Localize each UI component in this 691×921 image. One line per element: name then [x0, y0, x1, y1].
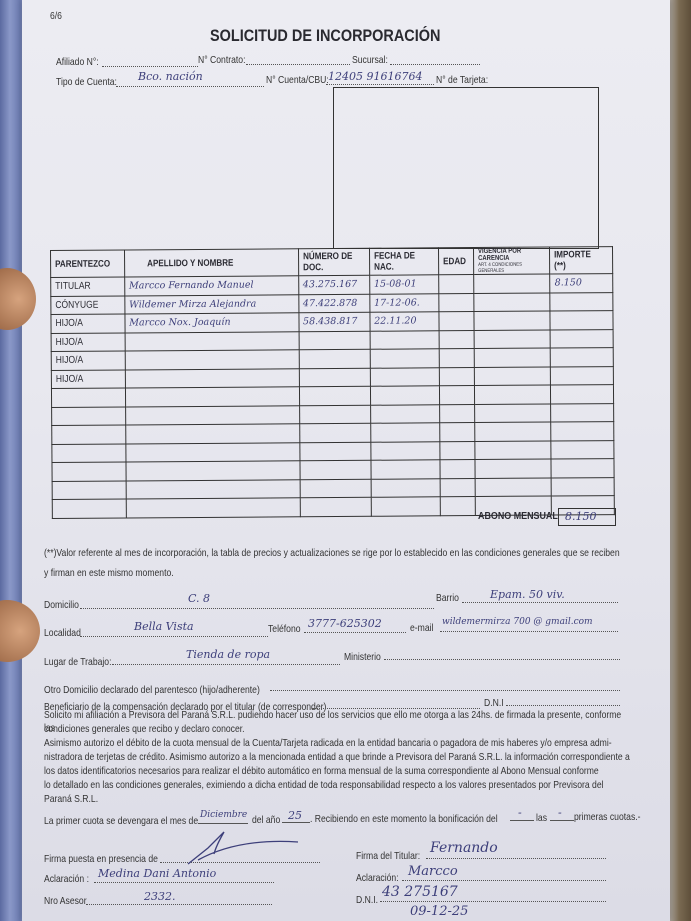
contrato-label: N° Contrato: — [198, 54, 245, 66]
cell-value: 15-08-01 — [374, 279, 417, 290]
dni-titular-value: 43 275167 — [382, 884, 458, 900]
aclaracion-left-field[interactable] — [94, 882, 274, 883]
page-title: SOLICITUD DE INCORPORACIÓN — [210, 26, 440, 46]
cell-edad[interactable] — [439, 349, 475, 368]
otro-domicilio-label: Otro Domicilio declarado del parentesco … — [44, 684, 260, 696]
cuota-suffix: primeras cuotas.- — [574, 811, 641, 823]
legal-p3: Asimismo autorizo el débito de la cuota … — [44, 737, 634, 750]
domicilio-label: Domicilio — [44, 599, 79, 611]
cell-doc[interactable]: 58.438.817 — [298, 312, 369, 331]
aclaracion-left-label: Aclaración : — [44, 873, 89, 885]
col-parentezco: PARENTEZCO — [51, 250, 125, 278]
ministerio-field[interactable] — [384, 659, 620, 660]
cell-importe[interactable]: 8.150 — [550, 274, 613, 293]
footnote: (**)Valor referente al mes de incorporac… — [44, 547, 634, 560]
telefono-value: 3777-625302 — [308, 617, 382, 630]
cell-parentezco[interactable] — [51, 388, 125, 407]
cell-parentezco[interactable]: HIJO/A — [51, 369, 125, 388]
cell-vigencia[interactable] — [476, 478, 552, 497]
cell-vigencia[interactable] — [474, 311, 550, 330]
cell-vigencia[interactable] — [475, 404, 551, 423]
cell-value: 47.422.878 — [303, 298, 357, 309]
cuota-anio-value: 25 — [288, 809, 302, 822]
cuenta-cbu-field[interactable] — [326, 84, 434, 85]
witness-signature — [178, 828, 318, 868]
cell-nombre[interactable]: Marcco Nox. Joaquín — [125, 313, 299, 333]
cell-importe[interactable] — [550, 311, 613, 330]
email-label: e-mail — [410, 622, 433, 634]
cell-fecha[interactable]: 15-08-01 — [369, 275, 438, 294]
cell-parentezco[interactable] — [52, 462, 126, 481]
cell-edad[interactable] — [439, 367, 475, 386]
asesor-field[interactable] — [86, 904, 272, 905]
cell-fecha[interactable]: 17-12-06. — [370, 293, 439, 312]
col-importe: IMPORTE (**) — [550, 247, 613, 274]
cell-doc[interactable] — [299, 331, 370, 350]
cell-parentezco[interactable] — [52, 406, 126, 425]
asesor-label: Nro Asesor — [44, 895, 87, 907]
cell-vigencia[interactable] — [475, 385, 551, 404]
legal-p7: Paraná S.R.L. — [44, 793, 634, 806]
cell-nombre[interactable] — [126, 498, 300, 518]
cuota-anio-field[interactable] — [282, 822, 310, 823]
cell-nombre[interactable] — [125, 424, 299, 444]
sucursal-label: Sucursal: — [352, 54, 388, 66]
cell-fecha[interactable] — [370, 330, 439, 349]
cell-parentezco[interactable]: TITULAR — [51, 277, 125, 296]
cell-edad[interactable] — [439, 441, 475, 460]
domicilio-value: C. 8 — [188, 592, 210, 605]
cell-edad[interactable] — [440, 497, 476, 516]
email-field[interactable] — [440, 631, 618, 632]
relationship-label: HIJO/A — [55, 318, 82, 329]
localidad-value: Bella Vista — [134, 620, 194, 633]
cell-edad[interactable] — [438, 275, 474, 294]
cell-value: Wildemer Mirza Alejandra — [129, 298, 256, 310]
relationship-label: HIJO/A — [56, 355, 83, 366]
titular-signature-field[interactable] — [426, 858, 606, 859]
cell-importe[interactable] — [551, 348, 614, 367]
cell-edad[interactable] — [439, 423, 475, 442]
cell-doc[interactable] — [299, 460, 370, 479]
legal-p4: nistradora de terjetas de crédito. Asimi… — [44, 751, 634, 764]
cuota-mes-field[interactable] — [198, 823, 248, 824]
cell-fecha[interactable] — [370, 423, 439, 442]
relationship-label: HIJO/A — [56, 374, 83, 385]
cell-importe[interactable] — [551, 440, 614, 459]
cell-importe[interactable] — [550, 329, 613, 348]
footnote-line2: y firman en este mismo momento. — [44, 567, 634, 580]
asesor-value: 2332. — [144, 890, 176, 903]
cell-doc[interactable]: 47.422.878 — [298, 294, 369, 313]
cell-value: 8.150 — [555, 278, 582, 289]
cell-nombre[interactable] — [126, 461, 300, 481]
tipo-cuenta-field[interactable] — [116, 86, 264, 87]
cell-vigencia[interactable] — [475, 441, 551, 460]
cell-fecha[interactable] — [370, 349, 439, 368]
cuota-bonif-value: - — [518, 806, 522, 819]
barrio-value: Epam. 50 viv. — [490, 588, 565, 601]
barrio-field[interactable] — [462, 602, 618, 603]
cuota-las-value: - — [558, 806, 562, 819]
cuota-mes-value: Diciembre — [200, 810, 247, 820]
dni-titular-label: D.N.I. — [356, 894, 378, 906]
trabajo-field[interactable] — [112, 664, 340, 665]
cell-doc[interactable] — [299, 386, 370, 405]
cell-importe[interactable] — [551, 366, 614, 385]
cell-nombre[interactable] — [126, 442, 300, 462]
cell-importe[interactable] — [551, 385, 614, 404]
cuota-bonif-field[interactable] — [510, 820, 534, 821]
cell-vigencia[interactable] — [475, 459, 551, 478]
cell-parentezco[interactable]: CÓNYUGE — [51, 295, 125, 314]
cell-parentezco[interactable]: HIJO/A — [51, 314, 125, 333]
cell-parentezco[interactable]: HIJO/A — [51, 351, 125, 370]
cell-nombre[interactable] — [125, 405, 299, 425]
abono-mensual-label: ABONO MENSUAL — [478, 510, 558, 522]
aclaracion-right-field[interactable] — [402, 880, 606, 881]
cuota-anio-label: del año — [252, 814, 280, 826]
dni-titular-field[interactable] — [380, 901, 606, 902]
cuenta-cbu-value: 12405 91616764 — [328, 70, 422, 83]
cell-edad[interactable] — [440, 478, 476, 497]
cell-vigencia[interactable] — [475, 367, 551, 386]
cell-nombre[interactable] — [126, 479, 300, 499]
localidad-label: Localidad — [44, 627, 81, 639]
legal-p6: lo detallado en las condiciones generale… — [44, 779, 634, 792]
cell-edad[interactable] — [438, 293, 474, 312]
dni-beneficiario-field[interactable] — [506, 705, 620, 706]
col-vigencia: VIGENCIA POR CARENCIAART. 4 CONDICIONES … — [474, 247, 550, 275]
fecha-value: 09-12-25 — [410, 904, 468, 919]
cell-doc[interactable] — [299, 349, 370, 368]
legal-p5: los datos identificatorios necesarios pa… — [44, 765, 634, 778]
localidad-field[interactable] — [80, 636, 268, 637]
cuota-las-field[interactable] — [550, 820, 574, 821]
cell-doc[interactable] — [299, 423, 370, 442]
aclaracion-left-value: Medina Dani Antonio — [98, 867, 216, 880]
cell-importe[interactable] — [551, 459, 614, 478]
cell-fecha[interactable] — [371, 497, 440, 516]
cell-fecha[interactable] — [371, 441, 440, 460]
cell-nombre[interactable] — [125, 387, 299, 407]
barrio-label: Barrio — [436, 592, 459, 604]
titular-label: Firma del Titular: — [356, 850, 420, 862]
cell-vigencia[interactable] — [475, 348, 551, 367]
domicilio-field[interactable] — [80, 608, 434, 609]
cell-nombre[interactable]: Wildemer Mirza Alejandra — [125, 294, 299, 314]
contrato-field[interactable] — [246, 64, 350, 65]
telefono-label: Teléfono — [268, 623, 301, 635]
cuota-prefix: La primer cuota se devengara el mes de — [44, 815, 198, 827]
presencia-label: Firma puesta en presencia de — [44, 853, 158, 865]
cell-doc[interactable] — [299, 405, 370, 424]
email-value: wildemermirza 700 @ gmail.com — [442, 617, 593, 627]
abono-mensual-value: 8.150 — [565, 510, 597, 523]
cuota-las-label: las — [536, 812, 547, 824]
cell-parentezco[interactable]: HIJO/A — [51, 332, 125, 351]
cell-edad[interactable] — [438, 312, 474, 331]
relationship-label: TITULAR — [55, 281, 90, 292]
legal-p2: condiciones generales que recibo y decla… — [44, 723, 634, 736]
cell-doc[interactable] — [299, 442, 370, 461]
cell-fecha[interactable] — [370, 386, 439, 405]
cuenta-cbu-label: N° Cuenta/CBU: — [266, 74, 329, 86]
ministerio-label: Ministerio — [344, 651, 381, 663]
cell-nombre[interactable]: Marcco Fernando Manuel — [124, 276, 298, 296]
trabajo-value: Tienda de ropa — [186, 648, 270, 661]
cell-doc[interactable]: 43.275.167 — [298, 275, 369, 294]
cell-importe[interactable] — [551, 422, 614, 441]
aclaracion-right-label: Aclaración: — [356, 872, 399, 884]
col-edad: EDAD — [438, 248, 474, 275]
col-fecha: FECHA DE NAC. — [369, 248, 438, 275]
cell-vigencia[interactable] — [474, 274, 550, 293]
cell-fecha[interactable] — [370, 404, 439, 423]
cell-nombre[interactable] — [125, 350, 299, 370]
cell-doc[interactable] — [300, 497, 371, 516]
cell-value: Marcco Fernando Manuel — [129, 280, 254, 292]
cell-value: Marcco Nox. Joaquín — [129, 317, 230, 329]
cell-vigencia[interactable] — [474, 293, 550, 312]
cell-importe[interactable] — [551, 403, 614, 422]
afiliado-field[interactable] — [102, 66, 198, 67]
tipo-cuenta-value: Bco. nación — [138, 70, 203, 83]
otro-domicilio-field[interactable] — [270, 690, 620, 691]
page-number: 6/6 — [50, 10, 62, 22]
telefono-field[interactable] — [304, 632, 406, 633]
cell-value: 17-12-06. — [374, 297, 420, 308]
trabajo-label: Lugar de Trabajo: — [44, 656, 111, 668]
tipo-cuenta-label: Tipo de Cuenta: — [56, 76, 117, 88]
cell-vigencia[interactable] — [475, 422, 551, 441]
cell-parentezco[interactable] — [52, 443, 126, 462]
col-doc: NÚMERO DE DOC. — [298, 248, 369, 275]
cell-parentezco[interactable] — [52, 480, 126, 499]
titular-signature: Fernando — [430, 840, 498, 856]
relationship-label: HIJO/A — [56, 337, 83, 348]
tarjeta-label: N° de Tarjeta: — [436, 74, 488, 86]
family-members-table: PARENTEZCO APELLIDO Y NOMBRE NÚMERO DE D… — [50, 246, 615, 518]
cell-importe[interactable] — [550, 292, 613, 311]
cell-value: 22.11.20 — [374, 316, 416, 327]
cell-fecha[interactable]: 22.11.20 — [370, 312, 439, 331]
cell-nombre[interactable] — [125, 331, 299, 351]
cell-value: 58.438.817 — [303, 316, 357, 327]
cell-doc[interactable] — [299, 368, 370, 387]
cell-edad[interactable] — [440, 460, 476, 479]
cell-parentezco[interactable] — [52, 499, 126, 518]
cell-edad[interactable] — [439, 386, 475, 405]
relationship-label: CÓNYUGE — [55, 299, 98, 310]
cell-edad[interactable] — [439, 404, 475, 423]
cell-vigencia[interactable] — [475, 330, 551, 349]
cell-importe[interactable] — [552, 477, 615, 496]
card-photo-box — [333, 87, 599, 249]
cell-fecha[interactable] — [371, 460, 440, 479]
cell-nombre[interactable] — [125, 368, 299, 388]
cell-parentezco[interactable] — [52, 425, 126, 444]
cell-doc[interactable] — [300, 479, 371, 498]
aclaracion-right-value: Marcco — [408, 864, 458, 879]
cell-fecha[interactable] — [371, 478, 440, 497]
abono-mensual-field[interactable]: 8.150 — [558, 508, 616, 526]
cell-value: 43.275.167 — [303, 279, 357, 290]
afiliado-label: Afiliado N°: — [56, 56, 99, 68]
col-nombre: APELLIDO Y NOMBRE — [124, 249, 298, 277]
sucursal-field[interactable] — [390, 64, 480, 65]
cuota-bonif-label: . Recibiendo en este momento la bonifica… — [310, 813, 498, 825]
cell-edad[interactable] — [439, 330, 475, 349]
dni-beneficiario-label: D.N.I — [484, 697, 504, 709]
cell-fecha[interactable] — [370, 367, 439, 386]
